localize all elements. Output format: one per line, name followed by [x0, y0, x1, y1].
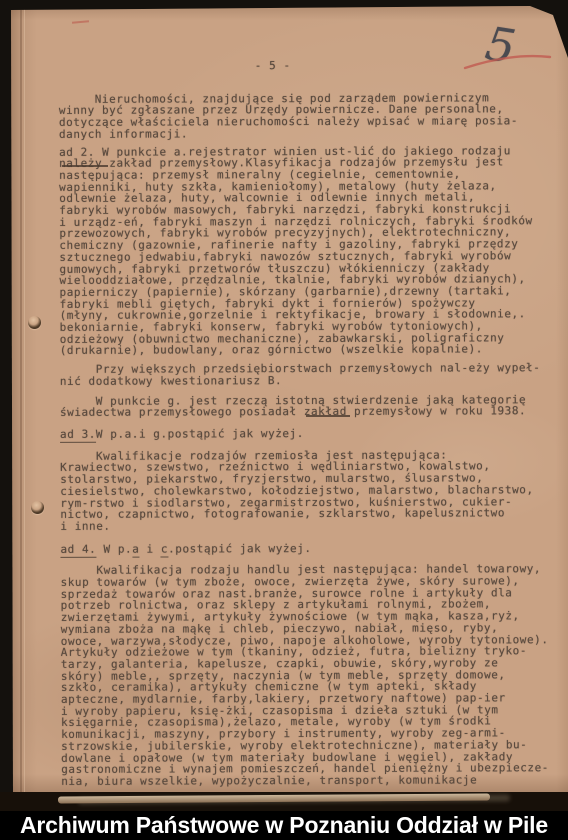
page-edge-shadow	[0, 792, 568, 811]
paragraph-kwestionariusz-b: Przy większych przedsiębiorstwach przemy…	[60, 362, 560, 387]
archive-footer-bar: Archiwum Państwowe w Poznaniu Oddział w …	[0, 811, 568, 840]
heading-ad4-u3: c	[161, 542, 168, 557]
heading-ad3-underlined: ad 3.	[60, 428, 96, 443]
ink-strike-nalezy	[62, 165, 108, 167]
heading-ad4-t1: W p.	[96, 542, 132, 555]
archive-name: Archiwum Państwowe w Poznaniu Oddział w …	[20, 812, 548, 839]
punch-hole	[28, 316, 41, 329]
red-pencil-dash	[72, 20, 89, 23]
paper-crease	[20, 6, 22, 792]
red-underline-mark	[462, 46, 554, 72]
heading-ad4-underlined: ad 4.	[60, 542, 96, 557]
heading-ad3: ad 3.W p.a.i g.postąpić jak wyżej.	[60, 427, 560, 440]
paragraph-ad2-przemysl: ad 2. W punkcie a.rejestrator winien ust…	[59, 145, 560, 357]
ink-underline-zaklad	[306, 415, 350, 417]
heading-ad4-t3: .postąpić jak wyżej.	[168, 542, 311, 556]
paper-edge-highlight	[24, 6, 25, 792]
paragraph-rzemiosla: Kwalifikacje rodzajów rzemiosła jest nas…	[60, 449, 560, 533]
heading-ad4: ad 4. W p.a i c.postąpić jak wyżej.	[60, 542, 560, 555]
typewritten-text: - 5 - Nieruchomości, znajdujące się pod …	[59, 59, 562, 787]
heading-ad4-t2: i	[139, 542, 161, 555]
heading-ad3-rest: W p.a.i g.postąpić jak wyżej.	[96, 427, 304, 441]
scanned-document: - 5 - Nieruchomości, znajdujące się pod …	[0, 0, 568, 840]
paragraph-nieruchomosci: Nieruchomości, znajdujące się pod zarząd…	[59, 92, 559, 141]
heading-ad4-u2: a	[132, 542, 139, 557]
paragraph-handel: Kwalifikacja rodzaju handlu jest następu…	[60, 563, 561, 787]
punch-hole	[31, 501, 44, 514]
stacked-pages-edge	[58, 793, 490, 803]
